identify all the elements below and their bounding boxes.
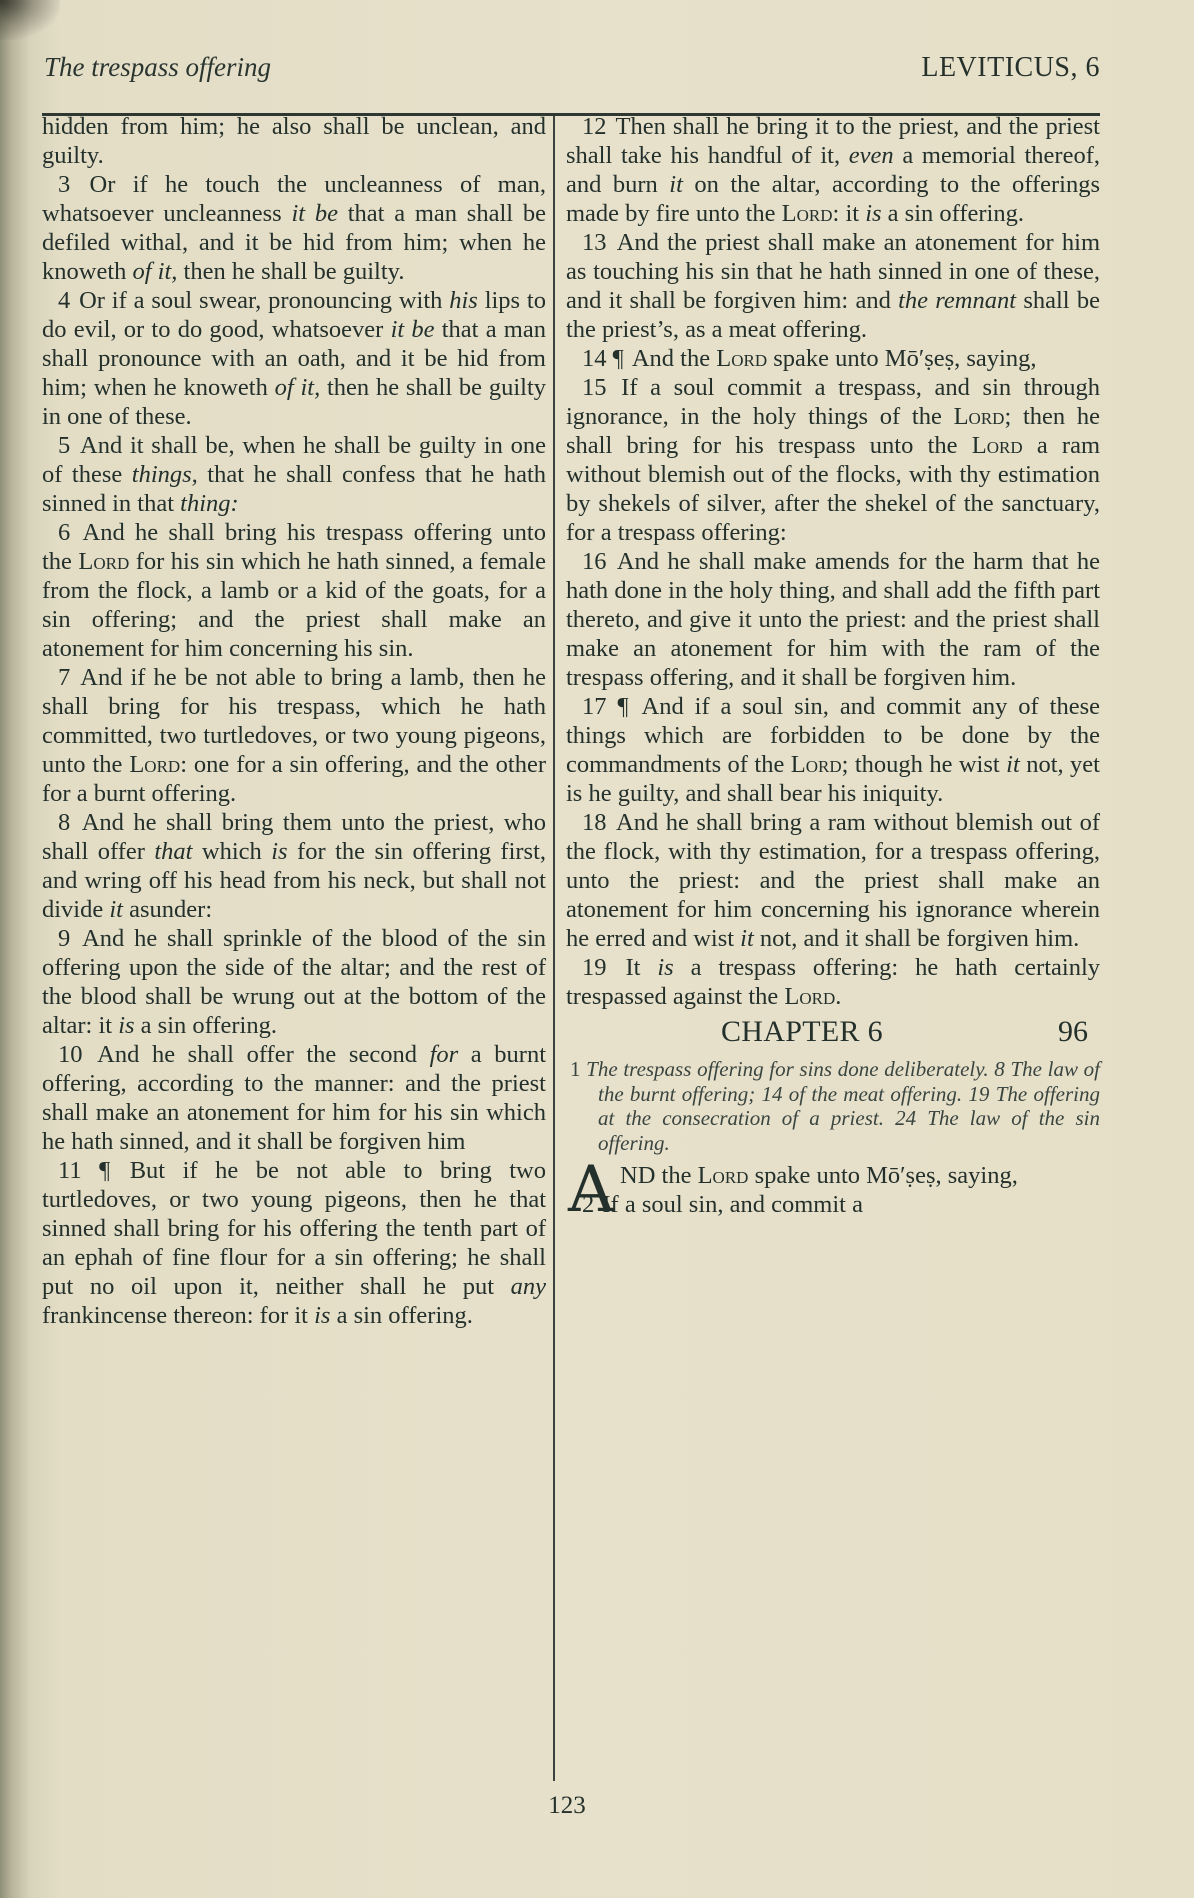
chapter-title: CHAPTER 6 <box>721 1017 883 1046</box>
verse-text: It is a trespass offering: he hath certa… <box>566 954 1100 1010</box>
left-verse: 8 And he shall bring them unto the pries… <box>42 808 546 924</box>
page-number: 123 <box>0 1792 1194 1820</box>
verse-number: 19 <box>582 954 623 981</box>
verse-1: A ND the Lord spake unto Mō′ṣeṣ, saying, <box>566 1161 1100 1190</box>
verse-number: 11 ¶ <box>58 1157 128 1184</box>
verse-text: And he shall bring them unto the priest,… <box>42 809 546 923</box>
page-corner-shadow <box>0 0 60 40</box>
verse-text: And he shall bring a ram without blemish… <box>566 809 1100 952</box>
left-verse: 9 And he shall sprinkle of the blood of … <box>42 924 546 1040</box>
verse-text: And he shall make amends for the harm th… <box>566 548 1100 691</box>
right-verse: 12 Then shall he bring it to the priest,… <box>566 112 1100 228</box>
left-verse: 5 And it shall be, when he shall be guil… <box>42 431 546 518</box>
verse-number: 14 ¶ <box>582 345 630 372</box>
verse-2-text: If a soul sin, and commit a <box>602 1191 863 1218</box>
verse-text: And the Lord spake unto Mō′ṣeṣ, saying, <box>632 345 1037 372</box>
drop-cap: A <box>568 1163 614 1217</box>
verse-number: 9 <box>58 925 80 952</box>
right-verse: 13 And the priest shall make an atonemen… <box>566 228 1100 344</box>
right-verse: 16 And he shall make amends for the harm… <box>566 547 1100 692</box>
running-head: The trespass offering LEVITICUS, 6 <box>44 52 1100 92</box>
verse-number: 8 <box>58 809 80 836</box>
verse-text: And if he be not able to bring a lamb, t… <box>42 664 546 807</box>
verse-text: Or if a soul swear, pronouncing with his… <box>42 287 546 430</box>
left-verse: 6 And he shall bring his trespass offeri… <box>42 518 546 663</box>
verse-text: And the priest shall make an atonement f… <box>566 229 1100 343</box>
column-divider <box>553 116 555 1781</box>
book-chapter-title: LEVITICUS, 6 <box>921 52 1100 84</box>
chapter-heading: CHAPTER 6 96 <box>566 1017 1100 1055</box>
left-verse: 10 And he shall offer the second for a b… <box>42 1040 546 1156</box>
summary-text: The trespass offering for sins done deli… <box>586 1057 1100 1155</box>
section-title: The trespass offering <box>44 52 271 83</box>
left-verse: 3 Or if he touch the uncleanness of man,… <box>42 170 546 286</box>
summary-verse-number: 1 <box>570 1057 581 1081</box>
verse-1-text: ND the Lord spake unto Mō′ṣeṣ, saying, <box>620 1162 1018 1189</box>
verse-text: And he shall sprinkle of the blood of th… <box>42 925 546 1039</box>
left-column: hidden from him; he also shall be unclea… <box>42 112 546 1330</box>
right-verse: 18 And he shall bring a ram without blem… <box>566 808 1100 953</box>
verse-number: 17 ¶ <box>582 693 640 720</box>
verse-text: Then shall he bring it to the priest, an… <box>566 113 1100 227</box>
verse-number: 12 <box>582 113 614 140</box>
left-verse: hidden from him; he also shall be unclea… <box>42 112 546 170</box>
left-verse: 11 ¶ But if he be not able to bring two … <box>42 1156 546 1330</box>
chapter-number: 96 <box>1058 1017 1088 1046</box>
verse-text: And he shall offer the second for a burn… <box>42 1041 546 1155</box>
right-verse: 19 It is a trespass offering: he hath ce… <box>566 953 1100 1011</box>
verse-number: 15 <box>582 374 619 401</box>
verse-number: 4 <box>58 287 77 314</box>
verse-number: 6 <box>58 519 81 546</box>
verse-text: Or if he touch the uncleanness of man, w… <box>42 171 546 285</box>
verse-number: 5 <box>58 432 78 459</box>
verse-2: 2 If a soul sin, and commit a <box>566 1190 1100 1219</box>
verse-number: 18 <box>582 809 614 836</box>
right-verse: 17 ¶ And if a soul sin, and commit any o… <box>566 692 1100 808</box>
left-verse: 4 Or if a soul swear, pronouncing with h… <box>42 286 546 431</box>
right-verse: 14 ¶ And the Lord spake unto Mō′ṣeṣ, say… <box>566 344 1100 373</box>
verse-number: 7 <box>58 664 78 691</box>
right-verse: 15 If a soul commit a trespass, and sin … <box>566 373 1100 547</box>
verse-text: And he shall bring his trespass offering… <box>42 519 546 662</box>
verse-number: 3 <box>58 171 88 198</box>
verse-number: 13 <box>582 229 615 256</box>
verse-text: And if a soul sin, and commit any of the… <box>566 693 1100 807</box>
verse-text: If a soul commit a trespass, and sin thr… <box>566 374 1100 546</box>
verse-text: hidden from him; he also shall be unclea… <box>42 113 546 169</box>
verse-number: 16 <box>582 548 615 575</box>
chapter-summary: 1 The trespass offering for sins done de… <box>566 1057 1100 1155</box>
right-verses: 12 Then shall he bring it to the priest,… <box>566 112 1100 1011</box>
left-verse: 7 And if he be not able to bring a lamb,… <box>42 663 546 808</box>
right-column: 12 Then shall he bring it to the priest,… <box>566 112 1100 1219</box>
verse-text: And it shall be, when he shall be guilty… <box>42 432 546 517</box>
verse-number: 10 <box>58 1041 95 1068</box>
